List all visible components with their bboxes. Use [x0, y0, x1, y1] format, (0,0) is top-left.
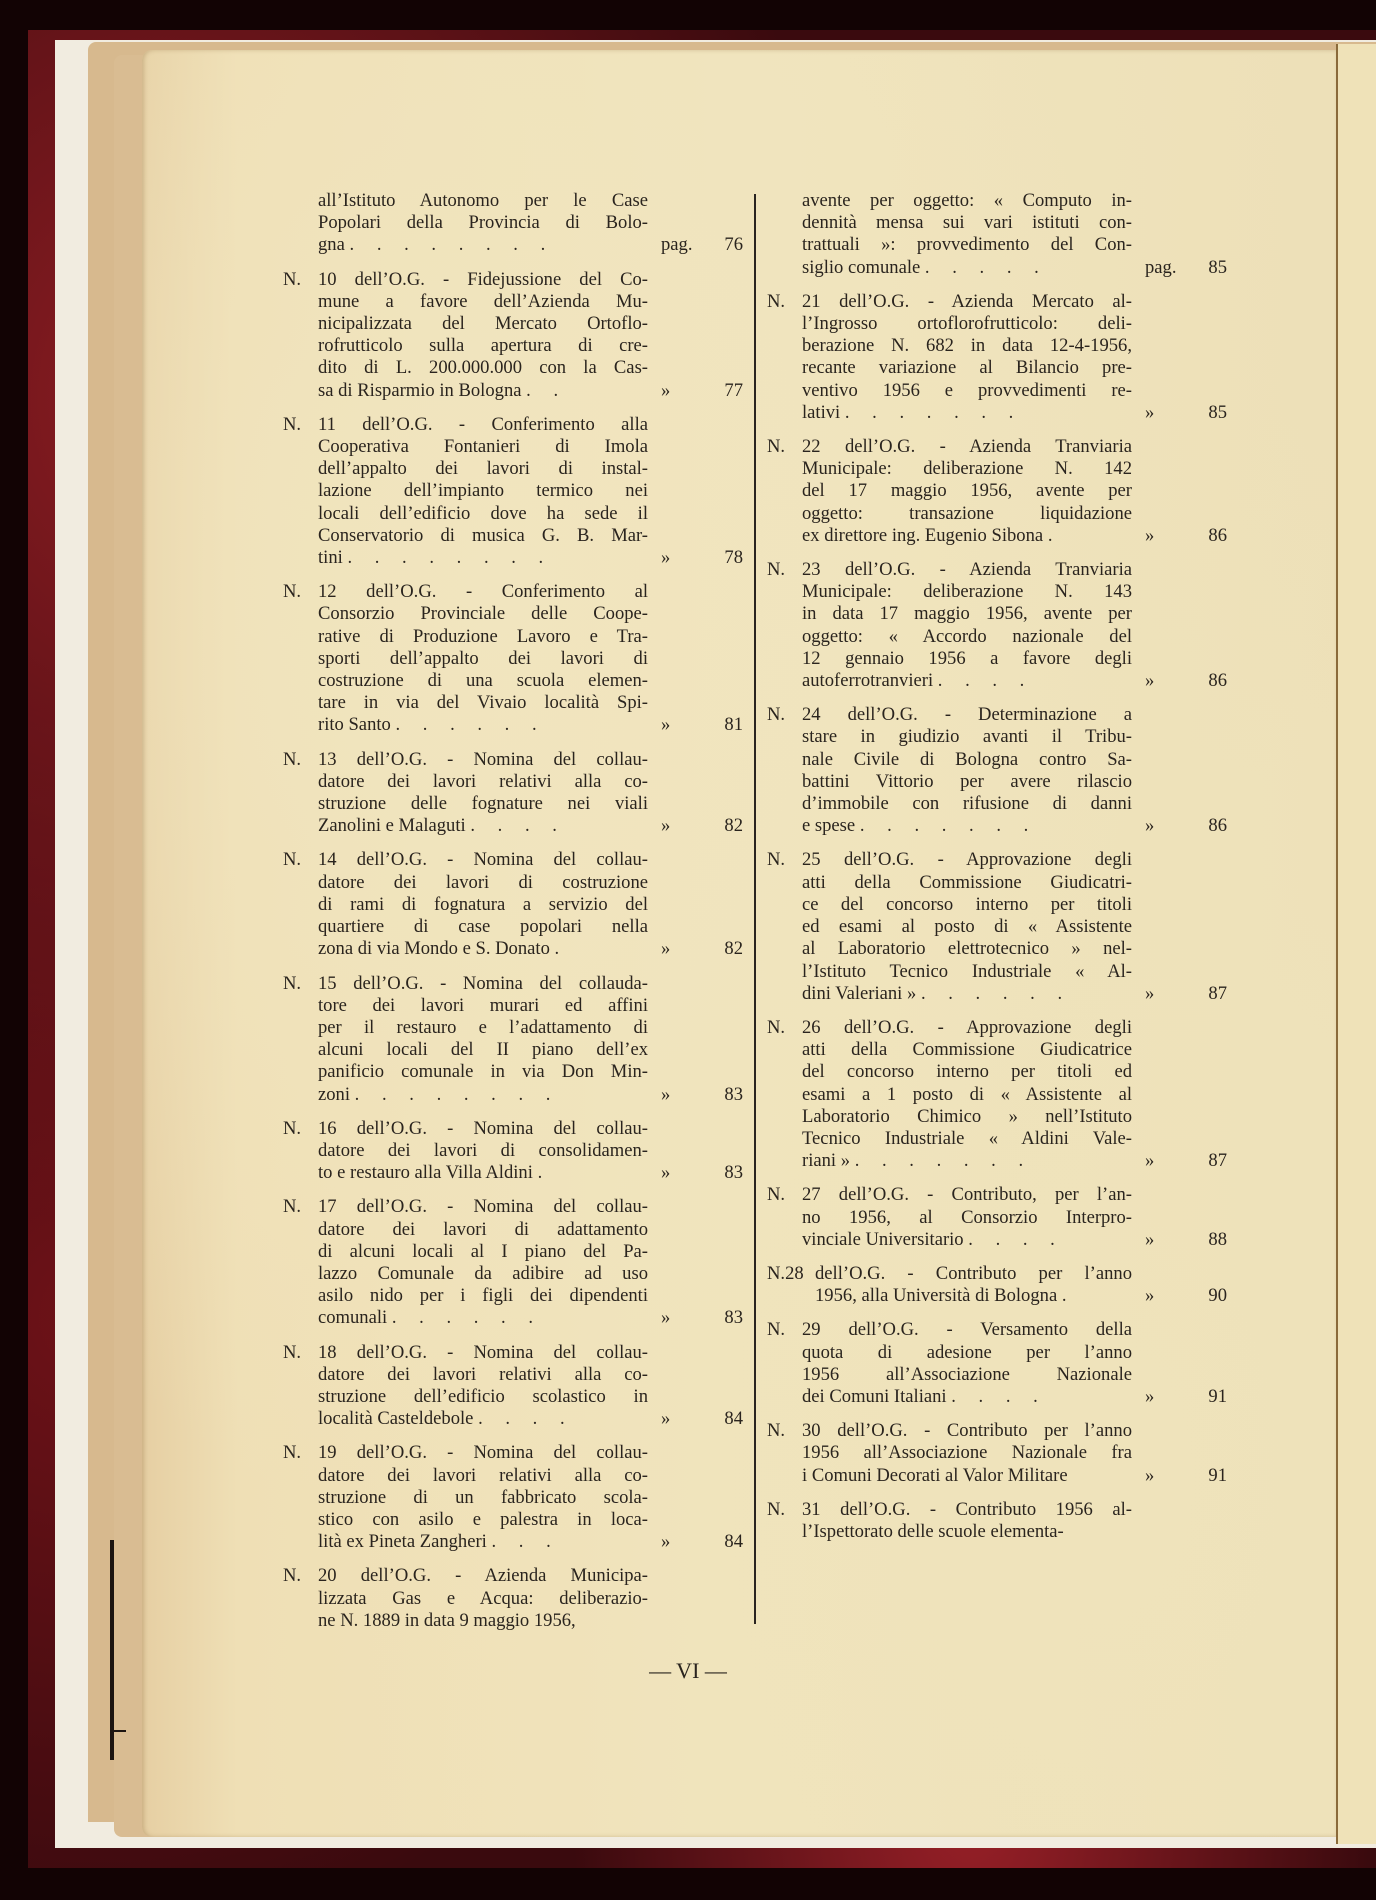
entry-number-prefix: N.: [283, 849, 301, 871]
entry-line-text: ex direttore ing. Eugenio Sibona: [802, 525, 1043, 546]
entry-line-text: 1956 all’Associazione Nazionale: [802, 1364, 1132, 1385]
entry-number-prefix: N.: [767, 1184, 785, 1206]
entry-line-text: ventivo 1956 e provvedimenti re-: [802, 380, 1132, 401]
index-entry: N.23 dell’O.G. - Azienda TranviariaMunic…: [767, 559, 1227, 692]
entry-line-text: rito Santo: [318, 714, 391, 735]
entry-number-prefix: N.: [283, 1342, 301, 1364]
entry-number-prefix: N.: [767, 559, 785, 581]
entry-line-text: 19 dell’O.G. - Nomina del collau-: [318, 1442, 648, 1463]
entry-line-text: 16 dell’O.G. - Nomina del collau-: [318, 1118, 648, 1139]
entry-line-text: e spese: [802, 815, 855, 836]
entry-line: datore dei lavori di consolidamen-: [318, 1140, 648, 1162]
entry-line: dennità mensa sui vari istituti con-: [802, 212, 1132, 234]
entry-line: località Casteldebole . . . .: [318, 1408, 648, 1430]
entry-line-text: lativi: [802, 402, 840, 423]
entry-line: struzione delle fognature nei viali: [318, 793, 648, 815]
entry-line: rative di Produzione Lavoro e Tra-: [318, 626, 648, 648]
entry-line: no 1956, al Consorzio Interpro-: [802, 1207, 1132, 1229]
entry-line-text: zona di via Mondo e S. Donato: [318, 938, 550, 959]
entry-line: 24 dell’O.G. - Determinazione a: [802, 704, 1132, 726]
entry-line-text: struzione delle fognature nei viali: [318, 793, 648, 814]
entry-line: 29 dell’O.G. - Versamento della: [802, 1319, 1132, 1341]
dot-leader: . .: [526, 380, 567, 401]
entry-line-text: Municipale: deliberazione N. 143: [802, 581, 1132, 602]
entry-line: lità ex Pineta Zangheri . . .: [318, 1531, 648, 1553]
entry-line-text: datore dei lavori di adattamento: [318, 1219, 648, 1240]
entry-line-text: sporti dell’appalto dei lavori di: [318, 648, 648, 669]
page-reference: »86: [1107, 525, 1227, 547]
entry-line: tore dei lavori murari ed affini: [318, 995, 648, 1017]
entry-line-text: nale Civile di Bologna contro Sa-: [802, 749, 1132, 770]
ditto-mark: »: [1145, 1285, 1195, 1307]
entry-line: to e restauro alla Villa Aldini .: [318, 1162, 648, 1184]
entry-line-text: 18 dell’O.G. - Nomina del collau-: [318, 1342, 648, 1363]
entry-number-prefix: N.28: [767, 1263, 804, 1285]
entry-line-text: l’Ispettorato delle scuole elementa-: [802, 1521, 1064, 1542]
page-reference: »83: [623, 1307, 743, 1329]
dot-leader: . . . . . .: [921, 983, 1071, 1004]
entry-line: 27 dell’O.G. - Contributo, per l’an-: [802, 1184, 1132, 1206]
page-number-footer: — VI —: [0, 1658, 1376, 1684]
entry-line: Municipale: deliberazione N. 142: [802, 458, 1132, 480]
entry-line: l’Ingrosso ortoflorofrutticolo: deli-: [802, 313, 1132, 335]
dot-leader: . . . .: [478, 1408, 574, 1429]
dot-leader: .: [555, 938, 569, 959]
dot-leader: .: [1048, 525, 1062, 546]
page-reference: »84: [623, 1531, 743, 1553]
entry-line-text: vinciale Universitario: [802, 1229, 964, 1250]
index-entry: N.29 dell’O.G. - Versamento dellaquota d…: [767, 1319, 1227, 1408]
page-number: 76: [711, 234, 743, 256]
entry-line: atti della Commissione Giudicatrice: [802, 1039, 1132, 1061]
entry-line-text: oggetto: « Accordo nazionale del: [802, 626, 1132, 647]
entry-body: 18 dell’O.G. - Nomina del collau-datore …: [318, 1342, 648, 1431]
entry-number-prefix: N.: [767, 704, 785, 726]
entry-number-prefix: N.: [767, 1499, 785, 1521]
entry-line: Cooperativa Fontanieri di Imola: [318, 436, 648, 458]
entry-line: 14 dell’O.G. - Nomina del collau-: [318, 849, 648, 871]
entry-line-text: recante variazione al Bilancio pre-: [802, 357, 1132, 378]
entry-line: quartiere di case popolari nella: [318, 916, 648, 938]
ditto-mark: »: [1145, 402, 1195, 424]
entry-line: Tecnico Industriale « Aldini Vale-: [802, 1128, 1132, 1150]
dot-leader: . . . . . . .: [855, 1150, 1032, 1171]
entry-line-text: datore dei lavori di consolidamen-: [318, 1140, 648, 1161]
entry-body: 15 dell’O.G. - Nomina del collauda-tore …: [318, 973, 648, 1106]
entry-line-text: ne N. 1889 in data 9 maggio 1956,: [318, 1610, 576, 1631]
entry-number-prefix: N.: [283, 1565, 301, 1587]
entry-line-text: dennità mensa sui vari istituti con-: [802, 212, 1132, 233]
index-entry: N.17 dell’O.G. - Nomina del collau-dator…: [283, 1196, 743, 1329]
entry-line-text: siglio comunale: [802, 257, 920, 278]
page-number: 84: [711, 1408, 743, 1430]
entry-number-prefix: N.: [283, 414, 301, 436]
entry-line-text: località Casteldebole: [318, 1408, 473, 1429]
entry-line-text: l’Istituto Tecnico Industriale « Al-: [802, 961, 1132, 982]
entry-line-text: l’Ingrosso ortoflorofrutticolo: deli-: [802, 313, 1132, 334]
entry-body: 30 dell’O.G. - Contributo per l’anno1956…: [802, 1420, 1132, 1487]
ditto-mark: »: [1145, 815, 1195, 837]
entry-line: Popolari della Provincia di Bolo-: [318, 212, 648, 234]
entry-body: 26 dell’O.G. - Approvazione degliatti de…: [802, 1017, 1132, 1172]
entry-line-text: berazione N. 682 in data 12-4-1956,: [802, 335, 1132, 356]
spine-mark: [110, 1540, 114, 1760]
entry-line: ventivo 1956 e provvedimenti re-: [802, 380, 1132, 402]
entry-line-text: struzione di un fabbricato scola-: [318, 1487, 648, 1508]
entry-line-text: 1956, alla Università di Bologna: [815, 1285, 1057, 1306]
page-number: 82: [711, 815, 743, 837]
entry-line-text: 15 dell’O.G. - Nomina del collauda-: [318, 973, 648, 994]
entry-line: dell’O.G. - Contributo per l’anno: [815, 1263, 1132, 1285]
page-number: 82: [711, 938, 743, 960]
entry-line: 11 dell’O.G. - Conferimento alla: [318, 414, 648, 436]
entry-line-text: datore dei lavori relativi alla co-: [318, 771, 648, 792]
entry-line-text: zoni: [318, 1084, 350, 1105]
entry-line: sa di Risparmio in Bologna . .: [318, 380, 648, 402]
page-reference: »85: [1107, 402, 1227, 424]
entry-line: panificio comunale in via Don Min-: [318, 1061, 648, 1083]
entry-line-text: 29 dell’O.G. - Versamento della: [802, 1319, 1132, 1340]
entry-line-text: ed esami al posto di « Assistente: [802, 916, 1132, 937]
entry-line: riani » . . . . . . .: [802, 1150, 1132, 1172]
entry-line-text: dito di L. 200.000.000 con la Cas-: [318, 357, 648, 378]
entry-line-text: riani »: [802, 1150, 850, 1171]
page-number: 84: [711, 1531, 743, 1553]
entry-line: d’immobile con rifusione di danni: [802, 793, 1132, 815]
entry-line-text: rofrutticolo sulla apertura di cre-: [318, 335, 648, 356]
entry-line-text: 23 dell’O.G. - Azienda Tranviaria: [802, 559, 1132, 580]
entry-line: del concorso interno per titoli ed: [802, 1061, 1132, 1083]
entry-line: 16 dell’O.G. - Nomina del collau-: [318, 1118, 648, 1140]
dot-leader: . . . .: [951, 1386, 1047, 1407]
page-number: 86: [1195, 670, 1227, 692]
entry-line: berazione N. 682 in data 12-4-1956,: [802, 335, 1132, 357]
entry-number-prefix: N.: [283, 581, 301, 603]
dot-leader: .: [1062, 1285, 1076, 1306]
entry-line: 23 dell’O.G. - Azienda Tranviaria: [802, 559, 1132, 581]
dot-leader: . . . .: [968, 1229, 1064, 1250]
page-number: 83: [711, 1084, 743, 1106]
ditto-mark: »: [1145, 1229, 1195, 1251]
index-entry: N.13 dell’O.G. - Nomina del collau-dator…: [283, 749, 743, 838]
entry-line: dito di L. 200.000.000 con la Cas-: [318, 357, 648, 379]
entry-line: 19 dell’O.G. - Nomina del collau-: [318, 1442, 648, 1464]
entry-body: 19 dell’O.G. - Nomina del collau-datore …: [318, 1442, 648, 1553]
entry-line: stico con asilo e palestra in loca-: [318, 1509, 648, 1531]
entry-line: Conservatorio di musica G. B. Mar-: [318, 525, 648, 547]
entry-line: trattuali »: provvedimento del Con-: [802, 234, 1132, 256]
entry-line-text: Consorzio Provinciale delle Coope-: [318, 603, 648, 624]
ditto-mark: »: [661, 380, 711, 402]
entry-number-prefix: N.: [767, 1319, 785, 1341]
entry-line-text: Conservatorio di musica G. B. Mar-: [318, 525, 648, 546]
ditto-mark: »: [661, 1084, 711, 1106]
entry-line-text: stare in giudizio avanti il Tribu-: [802, 726, 1132, 747]
dot-leader: . . . . .: [925, 257, 1048, 278]
entry-line: all’Istituto Autonomo per le Case: [318, 190, 648, 212]
entry-line: 1956 all’Associazione Nazionale: [802, 1364, 1132, 1386]
entry-line-text: i Comuni Decorati al Valor Militare: [802, 1465, 1068, 1486]
dot-leader: .: [538, 1162, 552, 1183]
entry-line-text: dell’appalto dei lavori di instal-: [318, 458, 648, 479]
next-page-edge: [1336, 44, 1376, 1844]
entry-line: 26 dell’O.G. - Approvazione degli: [802, 1017, 1132, 1039]
entry-body: 23 dell’O.G. - Azienda TranviariaMunicip…: [802, 559, 1132, 692]
index-entry: N.16 dell’O.G. - Nomina del collau-dator…: [283, 1118, 743, 1185]
entry-line-text: 12 dell’O.G. - Conferimento al: [318, 581, 648, 602]
entry-line: costruzione di una scuola elemen-: [318, 670, 648, 692]
entry-line-text: Tecnico Industriale « Aldini Vale-: [802, 1128, 1132, 1149]
entry-line-text: 31 dell’O.G. - Contributo 1956 al-: [802, 1499, 1132, 1520]
entry-line-text: tore dei lavori murari ed affini: [318, 995, 648, 1016]
entry-line-text: 30 dell’O.G. - Contributo per l’anno: [802, 1420, 1132, 1441]
entry-number-prefix: N.: [283, 1118, 301, 1140]
index-entry: N.11 dell’O.G. - Conferimento allaCooper…: [283, 414, 743, 569]
entry-line-text: dini Valeriani »: [802, 983, 916, 1004]
index-entry: N.14 dell’O.G. - Nomina del collau-dator…: [283, 849, 743, 960]
entry-body: 12 dell’O.G. - Conferimento alConsorzio …: [318, 581, 648, 736]
dot-leader: . . . .: [938, 670, 1034, 691]
dot-leader: . . . . . . . .: [355, 1084, 560, 1105]
entry-line-text: atti della Commissione Giudicatri-: [802, 872, 1132, 893]
entry-body: 25 dell’O.G. - Approvazione degliatti de…: [802, 849, 1132, 1004]
entry-line-text: datore dei lavori di costruzione: [318, 872, 648, 893]
ditto-mark: »: [661, 1531, 711, 1553]
entry-line: datore dei lavori relativi alla co-: [318, 1364, 648, 1386]
entry-line: vinciale Universitario . . . .: [802, 1229, 1132, 1251]
entry-body: 29 dell’O.G. - Versamento dellaquota di …: [802, 1319, 1132, 1408]
entry-line: 21 dell’O.G. - Azienda Mercato al-: [802, 291, 1132, 313]
entry-body: dell’O.G. - Contributo per l’anno1956, a…: [815, 1263, 1132, 1307]
page-number: 87: [1195, 983, 1227, 1005]
index-entry: N.22 dell’O.G. - Azienda TranviariaMunic…: [767, 436, 1227, 547]
index-entry: N.15 dell’O.G. - Nomina del collauda-tor…: [283, 973, 743, 1106]
page-number: 81: [711, 714, 743, 736]
ditto-mark: »: [1145, 525, 1195, 547]
entry-body: all’Istituto Autonomo per le CasePopolar…: [318, 190, 648, 257]
index-entry: N.30 dell’O.G. - Contributo per l’anno19…: [767, 1420, 1227, 1487]
entry-body: 31 dell’O.G. - Contributo 1956 al-l’Ispe…: [802, 1499, 1132, 1543]
entry-body: 22 dell’O.G. - Azienda TranviariaMunicip…: [802, 436, 1132, 547]
page-reference: »77: [623, 380, 743, 402]
index-entry: N.19 dell’O.G. - Nomina del collau-dator…: [283, 1442, 743, 1553]
entry-line-text: 27 dell’O.G. - Contributo, per l’an-: [802, 1184, 1132, 1205]
entry-line: 22 dell’O.G. - Azienda Tranviaria: [802, 436, 1132, 458]
entry-number-prefix: N.: [767, 291, 785, 313]
entry-line: dini Valeriani » . . . . . .: [802, 983, 1132, 1005]
page-reference: pag.76: [623, 234, 743, 256]
entry-line: siglio comunale . . . . .: [802, 257, 1132, 279]
entry-line: 12 gennaio 1956 a favore degli: [802, 648, 1132, 670]
entry-line-text: gna: [318, 234, 345, 255]
entry-line-text: in data 17 maggio 1956, avente per: [802, 603, 1132, 624]
entry-body: 13 dell’O.G. - Nomina del collau-datore …: [318, 749, 648, 838]
dot-leader: . . . . . . . .: [347, 547, 552, 568]
entry-line: nicipalizzata del Mercato Ortoflo-: [318, 313, 648, 335]
page-number: 86: [1195, 525, 1227, 547]
entry-line: Municipale: deliberazione N. 143: [802, 581, 1132, 603]
entry-line-text: autoferrotranvieri: [802, 670, 933, 691]
entry-line-text: quota di adesione per l’anno: [802, 1342, 1132, 1363]
ditto-mark: pag.: [661, 234, 711, 256]
entry-number-prefix: N.: [283, 973, 301, 995]
entry-line: 20 dell’O.G. - Azienda Municipa-: [318, 1565, 648, 1587]
page-reference: »81: [623, 714, 743, 736]
entry-line-text: comunali: [318, 1307, 387, 1328]
ditto-mark: »: [661, 815, 711, 837]
entry-line-text: tini: [318, 547, 343, 568]
entry-line-text: ce del concorso interno per titoli: [802, 894, 1132, 915]
entry-line: ce del concorso interno per titoli: [802, 894, 1132, 916]
entry-line: lazione dell’impianto termico nei: [318, 480, 648, 502]
page-reference: »87: [1107, 983, 1227, 1005]
entry-line-text: tare in via del Vivaio località Spi-: [318, 692, 648, 713]
ditto-mark: »: [661, 547, 711, 569]
entry-line-text: locali dell’edificio dove ha sede il: [318, 503, 648, 524]
page-reference: »86: [1107, 670, 1227, 692]
dot-leader: . . . . . . . .: [350, 234, 555, 255]
index-entry: N.24 dell’O.G. - Determinazione astare i…: [767, 704, 1227, 837]
entry-line: asilo nido per i figli dei dipendenti: [318, 1285, 648, 1307]
dot-leader: . . . . . . .: [860, 815, 1037, 836]
entry-line: nale Civile di Bologna contro Sa-: [802, 749, 1132, 771]
entry-line: i Comuni Decorati al Valor Militare: [802, 1465, 1132, 1487]
page-reference: »84: [623, 1408, 743, 1430]
entry-line-text: 20 dell’O.G. - Azienda Municipa-: [318, 1565, 648, 1586]
entry-line: lativi . . . . . . .: [802, 402, 1132, 424]
entry-line-text: di rami di fognatura a servizio del: [318, 894, 648, 915]
entry-number-prefix: N.: [283, 269, 301, 291]
entry-line: struzione dell’edificio scolastico in: [318, 1386, 648, 1408]
entry-line: datore dei lavori relativi alla co-: [318, 1465, 648, 1487]
entry-line-text: 26 dell’O.G. - Approvazione degli: [802, 1017, 1132, 1038]
entry-line-text: 14 dell’O.G. - Nomina del collau-: [318, 849, 648, 870]
ditto-mark: »: [661, 1408, 711, 1430]
ditto-mark: »: [661, 1307, 711, 1329]
entry-line-text: 11 dell’O.G. - Conferimento alla: [318, 414, 648, 435]
index-entry: N.20 dell’O.G. - Azienda Municipa-lizzat…: [283, 1565, 743, 1632]
page-number: 85: [1195, 402, 1227, 424]
page-reference: »90: [1107, 1285, 1227, 1307]
entry-line: Consorzio Provinciale delle Coope-: [318, 603, 648, 625]
entry-line: l’Ispettorato delle scuole elementa-: [802, 1521, 1132, 1543]
entry-number-prefix: N.: [767, 436, 785, 458]
page-number: 91: [1195, 1386, 1227, 1408]
entry-line-text: oggetto: transazione liquidazione: [802, 503, 1132, 524]
entry-line: in data 17 maggio 1956, avente per: [802, 603, 1132, 625]
entry-line: recante variazione al Bilancio pre-: [802, 357, 1132, 379]
entry-line: 12 dell’O.G. - Conferimento al: [318, 581, 648, 603]
entry-line: 31 dell’O.G. - Contributo 1956 al-: [802, 1499, 1132, 1521]
page-reference: »87: [1107, 1150, 1227, 1172]
entry-line-text: stico con asilo e palestra in loca-: [318, 1509, 648, 1530]
entry-line-text: rative di Produzione Lavoro e Tra-: [318, 626, 648, 647]
entry-line: esami a 1 posto di « Assistente al: [802, 1084, 1132, 1106]
entry-line-text: per il restauro e l’adattamento di: [318, 1017, 648, 1038]
entry-line: dei Comuni Italiani . . . .: [802, 1386, 1132, 1408]
page-number: 87: [1195, 1150, 1227, 1172]
entry-body: 24 dell’O.G. - Determinazione astare in …: [802, 704, 1132, 837]
ditto-mark: »: [661, 714, 711, 736]
entry-line-text: asilo nido per i figli dei dipendenti: [318, 1285, 648, 1306]
entry-line-text: dei Comuni Italiani: [802, 1386, 947, 1407]
entry-line: 15 dell’O.G. - Nomina del collauda-: [318, 973, 648, 995]
entry-body: 10 dell’O.G. - Fidejussione del Co-mune …: [318, 269, 648, 402]
ditto-mark: »: [1145, 1465, 1195, 1487]
entry-line: avente per oggetto: « Computo in-: [802, 190, 1132, 212]
entry-line: 17 dell’O.G. - Nomina del collau-: [318, 1196, 648, 1218]
entry-line-text: atti della Commissione Giudicatrice: [802, 1039, 1132, 1060]
entry-line: l’Istituto Tecnico Industriale « Al-: [802, 961, 1132, 983]
entry-line-text: dell’O.G. - Contributo per l’anno: [815, 1263, 1132, 1284]
page-number: 85: [1195, 257, 1227, 279]
entry-line-text: to e restauro alla Villa Aldini: [318, 1162, 533, 1183]
entry-line: dell’appalto dei lavori di instal-: [318, 458, 648, 480]
entry-line: Zanolini e Malaguti . . . .: [318, 815, 648, 837]
page-reference: »82: [623, 938, 743, 960]
page-number: 77: [711, 380, 743, 402]
ditto-mark: »: [661, 938, 711, 960]
entry-line: stare in giudizio avanti il Tribu-: [802, 726, 1132, 748]
entry-line-text: no 1956, al Consorzio Interpro-: [802, 1207, 1132, 1228]
page-reference: »91: [1107, 1465, 1227, 1487]
page-reference: »91: [1107, 1386, 1227, 1408]
entry-body: 11 dell’O.G. - Conferimento allaCooperat…: [318, 414, 648, 569]
entry-line: atti della Commissione Giudicatri-: [802, 872, 1132, 894]
entry-line: zona di via Mondo e S. Donato .: [318, 938, 648, 960]
entry-line-text: Zanolini e Malaguti: [318, 815, 466, 836]
entry-line: oggetto: transazione liquidazione: [802, 503, 1132, 525]
entry-line: locali dell’edificio dove ha sede il: [318, 503, 648, 525]
entry-line-text: esami a 1 posto di « Assistente al: [802, 1084, 1132, 1105]
dot-leader: . . .: [492, 1531, 560, 1552]
entry-line: datore dei lavori di adattamento: [318, 1219, 648, 1241]
entry-line: ne N. 1889 in data 9 maggio 1956,: [318, 1610, 648, 1632]
index-entry: N.10 dell’O.G. - Fidejussione del Co-mun…: [283, 269, 743, 402]
page-reference: »86: [1107, 815, 1227, 837]
index-column-right: avente per oggetto: « Computo in-dennità…: [767, 190, 1227, 1555]
page-reference: »78: [623, 547, 743, 569]
column-divider: [754, 194, 756, 1624]
entry-line-text: del concorso interno per titoli ed: [802, 1061, 1132, 1082]
index-entry: N.31 dell’O.G. - Contributo 1956 al-l’Is…: [767, 1499, 1227, 1543]
dot-leader: . . . . . .: [395, 714, 545, 735]
entry-body: 17 dell’O.G. - Nomina del collau-datore …: [318, 1196, 648, 1329]
ditto-mark: »: [1145, 670, 1195, 692]
entry-line-text: al Laboratorio elettrotecnico » nel-: [802, 938, 1132, 959]
entry-line: per il restauro e l’adattamento di: [318, 1017, 648, 1039]
entry-line: sporti dell’appalto dei lavori di: [318, 648, 648, 670]
entry-line: battini Vittorio per avere rilascio: [802, 771, 1132, 793]
entry-line-text: 10 dell’O.G. - Fidejussione del Co-: [318, 269, 648, 290]
entry-line: 18 dell’O.G. - Nomina del collau-: [318, 1342, 648, 1364]
entry-line: quota di adesione per l’anno: [802, 1342, 1132, 1364]
entry-line-text: alcuni locali del II piano dell’ex: [318, 1039, 648, 1060]
ditto-mark: »: [661, 1162, 711, 1184]
spine-tick: [114, 1730, 126, 1732]
index-entry: all’Istituto Autonomo per le CasePopolar…: [283, 190, 743, 257]
page-number: 86: [1195, 815, 1227, 837]
entry-line: 30 dell’O.G. - Contributo per l’anno: [802, 1420, 1132, 1442]
entry-line: datore dei lavori relativi alla co-: [318, 771, 648, 793]
page-number: 83: [711, 1307, 743, 1329]
index-entry: N.12 dell’O.G. - Conferimento alConsorzi…: [283, 581, 743, 736]
entry-line-text: panificio comunale in via Don Min-: [318, 1061, 648, 1082]
entry-line-text: mune a favore dell’Azienda Mu-: [318, 291, 648, 312]
dot-leader: . . . .: [470, 815, 566, 836]
entry-line-text: costruzione di una scuola elemen-: [318, 670, 648, 691]
entry-line: rito Santo . . . . . .: [318, 714, 648, 736]
